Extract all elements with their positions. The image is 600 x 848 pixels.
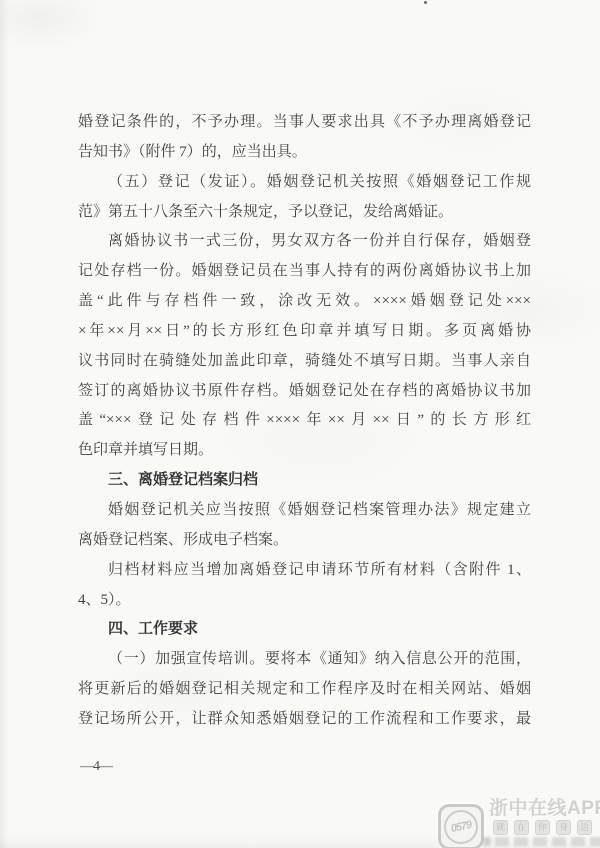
document-line: 签订的离婚协议书原件存档。婚姻登记处在存档的离婚协议书加 [78,377,531,407]
watermark-tagline-char: 你 [535,820,550,835]
app-logo-text: 0579 [450,819,473,835]
document-line: 范》第五十八条至六十条规定，予以登记，发给离婚证。 [78,198,531,228]
document-line: 盖“×××登记处存档件××××年××月××日”的长方形红 [78,406,531,436]
document-line: 记处存档一份。婚姻登记员在当事人持有的两份离婚协议书上加 [78,257,531,287]
watermark-tagline-char: 就 [493,820,508,835]
watermark-tagline-char: 身 [556,820,571,835]
watermark-blurred-footer [483,837,600,846]
document-body: 婚登记条件的，不予办理。当事人要求出具《不予办理离婚登记告知书》（附件 7）的，… [78,108,531,735]
document-line: 登记场所公开，让群众知悉婚姻登记的工作流程和工作要求，最 [78,705,531,735]
document-line: （一）加强宣传培训。要将本《通知》纳入信息公开的范围， [78,645,531,675]
document-line: 离婚协议书一式三份，男女双方各一份并自行保存，婚姻登 [78,227,531,257]
document-line: 告知书》（附件 7）的，应当出具。 [78,138,531,168]
app-logo-circle: 0579 [441,807,481,847]
scanned-document-page: 婚登记条件的，不予办理。当事人要求出具《不予办理离婚登记告知书》（附件 7）的，… [0,0,600,848]
document-line: ×年××月××日”的长方形红色印章并填写日期。多页离婚协 [78,317,531,347]
document-line: 婚登记条件的，不予办理。当事人要求出具《不予办理离婚登记 [78,108,531,138]
section-heading: 三、离婚登记档案归档 [78,466,531,496]
document-line: 归档材料应当增加离婚登记申请环节所有材料（含附件 1、 [78,556,531,586]
document-line: 婚姻登记机关应当按照《婚姻登记档案管理办法》规定建立 [78,496,531,526]
watermark-tagline-char: 在 [514,820,529,835]
watermark-tagline-char: 边 [577,820,592,835]
document-line: （五）登记（发证）。婚姻登记机关按照《婚姻登记工作规 [78,168,531,198]
section-heading: 四、工作要求 [78,615,531,645]
document-line: 将更新后的婚姻登记相关规定和工作程序及时在相关网站、婚姻 [78,675,531,705]
scan-speck [424,1,427,4]
document-line: 4、5）。 [78,586,531,616]
watermark: 0579 浙中在线APP 就在你身边 [438,798,596,848]
document-line: 离婚登记档案、形成电子档案。 [78,526,531,556]
watermark-app-name: 浙中在线APP [489,798,600,819]
page-number: —4— [80,759,112,775]
document-line: 议书同时在骑缝处加盖此印章，骑缝处不填写日期。当事人亲自 [78,347,531,377]
watermark-tagline: 就在你身边 [489,820,600,835]
app-logo-icon: 0579 [438,804,484,848]
document-line: 盖“此件与存档件一致，涂改无效。××××婚姻登记处××× [78,287,531,317]
watermark-text-block: 浙中在线APP 就在你身边 [489,798,600,846]
document-line: 色印章并填写日期。 [78,436,531,466]
